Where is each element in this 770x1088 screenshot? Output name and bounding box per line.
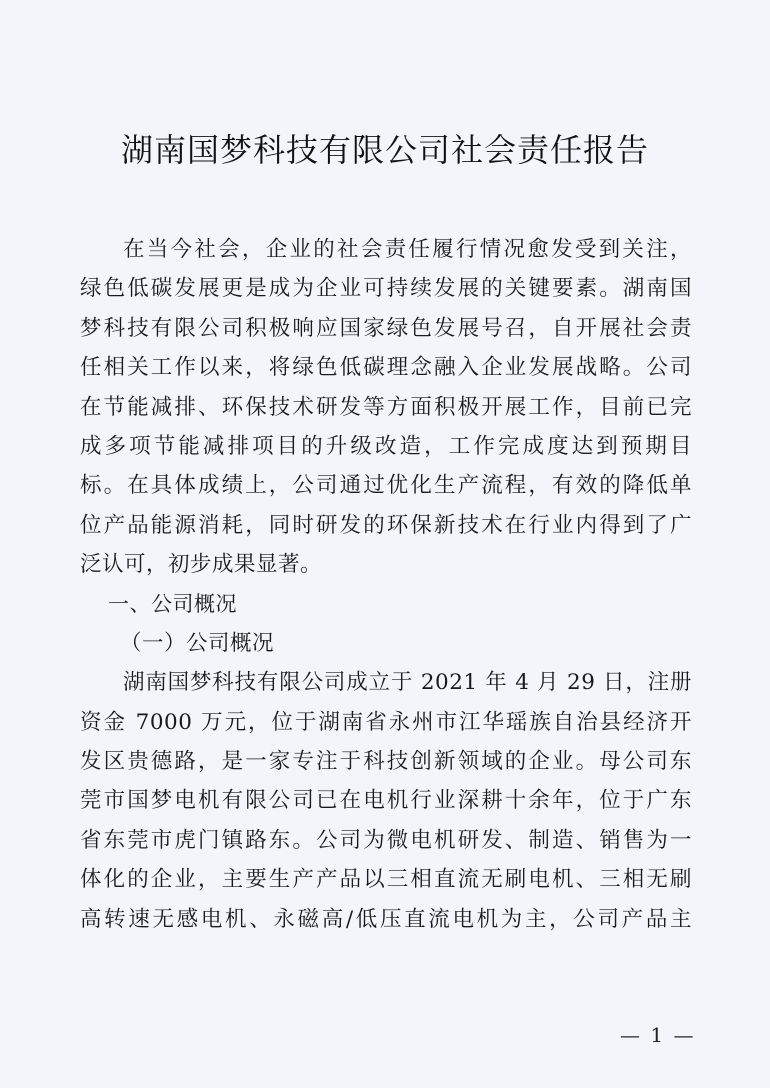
subsection-heading: （一）公司概况 [80, 624, 692, 663]
document-body: 在当今社会，企业的社会责任履行情况愈发受到关注， 绿色低碳发展更是成为企业可持续… [80, 230, 692, 939]
page-number: — 1 — [620, 1023, 695, 1047]
paragraph-line: 位产品能源消耗，同时研发的环保新技术在行业内得到了广 [80, 506, 692, 545]
paragraph-line: 成多项节能减排项目的升级改造，工作完成度达到预期目 [80, 427, 692, 466]
paragraph-line: 高转速无感电机、永磁高/低压直流电机为主，公司产品主 [80, 900, 692, 939]
paragraph-line: 在节能减排、环保技术研发等方面积极开展工作，目前已完 [80, 388, 692, 427]
company-overview-paragraph: 湖南国梦科技有限公司成立于 2021 年 4 月 29 日，注册 资金 7000… [80, 663, 692, 939]
paragraph-line: 任相关工作以来，将绿色低碳理念融入企业发展战略。公司 [80, 348, 692, 387]
document-page: 湖南国梦科技有限公司社会责任报告 在当今社会，企业的社会责任履行情况愈发受到关注… [0, 0, 770, 1088]
document-title: 湖南国梦科技有限公司社会责任报告 [0, 125, 770, 171]
section-heading: 一、公司概况 [80, 585, 692, 624]
paragraph-line: 绿色低碳发展更是成为企业可持续发展的关键要素。湖南国 [80, 269, 692, 308]
paragraph-line: 资金 7000 万元，位于湖南省永州市江华瑶族自治县经济开 [80, 703, 692, 742]
paragraph-line: 梦科技有限公司积极响应国家绿色发展号召，自开展社会责 [80, 309, 692, 348]
paragraph-line: 在当今社会，企业的社会责任履行情况愈发受到关注， [80, 230, 692, 269]
paragraph-line: 湖南国梦科技有限公司成立于 2021 年 4 月 29 日，注册 [80, 663, 692, 702]
paragraph-line: 省东莞市虎门镇路东。公司为微电机研发、制造、销售为一 [80, 821, 692, 860]
paragraph-line: 标。在具体成绩上，公司通过优化生产流程，有效的降低单 [80, 466, 692, 505]
intro-paragraph: 在当今社会，企业的社会责任履行情况愈发受到关注， 绿色低碳发展更是成为企业可持续… [80, 230, 692, 585]
paragraph-line: 莞市国梦电机有限公司已在电机行业深耕十余年，位于广东 [80, 781, 692, 820]
paragraph-line: 泛认可，初步成果显著。 [80, 545, 692, 584]
paragraph-line: 发区贵德路，是一家专注于科技创新领域的企业。母公司东 [80, 742, 692, 781]
paragraph-line: 体化的企业，主要生产产品以三相直流无刷电机、三相无刷 [80, 860, 692, 899]
